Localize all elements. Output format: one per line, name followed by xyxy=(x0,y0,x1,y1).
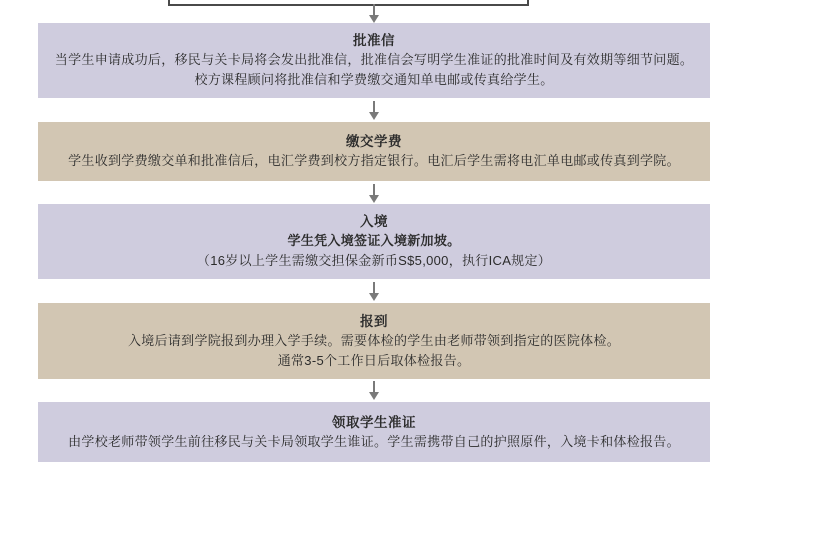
step-box-collect-student-pass: 领取学生准证 由学校老师带领学生前往移民与关卡局领取学生谁证。学生需携带自己的护… xyxy=(38,402,710,462)
step-text-line: 校方课程顾问将批准信和学费缴交通知单电邮或传真给学生。 xyxy=(194,70,553,90)
arrow-head-icon xyxy=(369,112,379,120)
step-box-pay-tuition: 缴交学费 学生收到学费缴交单和批准信后，电汇学费到校方指定银行。电汇后学生需将电… xyxy=(38,122,710,181)
step-box-entry: 入境 学生凭入境签证入境新加坡。 （16岁以上学生需缴交担保金新币S$5,000… xyxy=(38,204,710,279)
arrow-shaft xyxy=(373,282,375,293)
step-text-line: （16岁以上学生需缴交担保金新币S$5,000，执行ICA规定） xyxy=(197,251,551,271)
step-text-line: 当学生申请成功后，移民与关卡局将会发出批准信，批准信会写明学生准证的批准时间及有… xyxy=(55,50,693,70)
step-box-approval-letter: 批准信 当学生申请成功后，移民与关卡局将会发出批准信，批准信会写明学生准证的批准… xyxy=(38,23,710,98)
step-text-line: 由学校老师带领学生前往移民与关卡局领取学生谁证。学生需携带自己的护照原件，入境卡… xyxy=(68,432,680,452)
arrow-shaft xyxy=(373,184,375,195)
previous-step-box-partial xyxy=(168,0,529,6)
arrow-head-icon xyxy=(369,293,379,301)
flow-arrow-down xyxy=(369,101,379,120)
arrow-shaft xyxy=(373,381,375,392)
arrow-head-icon xyxy=(369,392,379,400)
step-text-line: 学生凭入境签证入境新加坡。 xyxy=(288,231,461,251)
arrow-shaft xyxy=(373,4,375,15)
step-text-line: 入境后请到学院报到办理入学手续。需要体检的学生由老师带领到指定的医院体检。 xyxy=(128,331,620,351)
arrow-shaft xyxy=(373,101,375,112)
step-text-line: 通常3-5个工作日后取体检报告。 xyxy=(278,351,471,371)
flow-arrow-down xyxy=(369,184,379,203)
step-title: 领取学生准证 xyxy=(332,413,416,432)
flowchart-canvas: 批准信 当学生申请成功后，移民与关卡局将会发出批准信，批准信会写明学生准证的批准… xyxy=(0,0,829,538)
step-title: 批准信 xyxy=(353,31,395,50)
flow-arrow-down xyxy=(369,381,379,400)
step-title: 入境 xyxy=(360,212,388,231)
step-title: 缴交学费 xyxy=(346,132,402,151)
step-text-line: 学生收到学费缴交单和批准信后，电汇学费到校方指定银行。电汇后学生需将电汇单电邮或… xyxy=(68,151,680,171)
step-title: 报到 xyxy=(360,312,388,331)
arrow-head-icon xyxy=(369,195,379,203)
step-box-report-in: 报到 入境后请到学院报到办理入学手续。需要体检的学生由老师带领到指定的医院体检。… xyxy=(38,303,710,379)
arrow-head-icon xyxy=(369,15,379,23)
flow-arrow-down xyxy=(369,4,379,23)
flow-arrow-down xyxy=(369,282,379,301)
